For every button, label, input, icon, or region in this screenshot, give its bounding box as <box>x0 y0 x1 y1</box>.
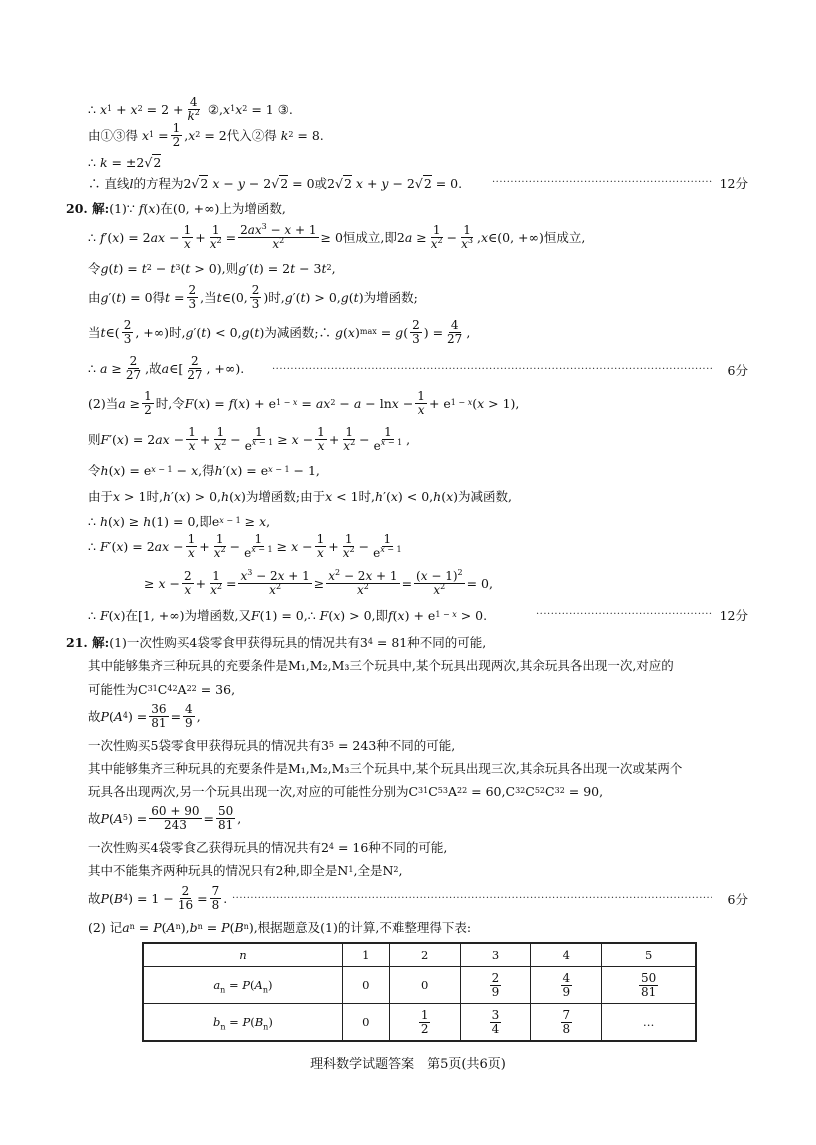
table-header-cell: 5 <box>602 943 696 967</box>
table-header-cell: 1 <box>342 943 389 967</box>
q20-p1-line-3: 令g(t) = t2 − t3(t > 0),则g′(t) = 2t − 3t2… <box>88 259 336 277</box>
q21-line-7: 玩具各出现两次,另一个玩具出现一次,对应的可能性分别为C31C53A22 = 6… <box>88 782 603 800</box>
q19-line-4: ∴ 直线l的方程为2√2 x − y − 2√2 = 0或2√2 x + y −… <box>88 174 462 192</box>
q21-line-6: 其中能够集齐三种玩具的充要条件是M₁,M₂,M₃三个玩具中,某个玩具出现三次,其… <box>88 759 682 777</box>
q20-p1-line-6: ∴ a ≥227,故a∈[227, +∞). <box>88 355 244 381</box>
leader-dots: ········································… <box>232 893 712 904</box>
q20-p2-line-6: ∴ F′(x) = 2ax −1x+1x2−1ex − 1≥ x −1x+1x2… <box>88 533 406 559</box>
table-header-row: n 1 2 3 4 5 <box>143 943 696 967</box>
question-number: 21. 解: <box>66 633 109 651</box>
table-cell: 29 <box>460 967 531 1004</box>
q21-line-11: 故P(B4) = 1 −216=78. <box>88 885 227 911</box>
question-number: 20. 解: <box>66 199 109 217</box>
q21-line-2: 其中能够集齐三种玩具的充要条件是M₁,M₂,M₃三个玩具中,某个玩具出现两次,其… <box>88 656 674 674</box>
q19-line-1: ∴ x1 + x2 = 2 +4k2 ②,x1x2 = 1 ③. <box>88 96 293 122</box>
q21-line-4: 故P(A4) =3681=49, <box>88 703 201 729</box>
q21-line-12: (2) 记an = P(An),bn = P(Bn),根据题意及(1)的计算,不… <box>88 918 471 936</box>
q21-line-10: 其中不能集齐两种玩具的情况只有2种,即全是N1,全是N2, <box>88 861 402 879</box>
probability-table: n 1 2 3 4 5 an = P(An) 0 0 29 49 5081 bn… <box>142 942 697 1042</box>
leader-dots: ········································… <box>492 177 712 188</box>
q21-line-9: 一次性购买4袋零食乙获得玩具的情况共有24 = 16种不同的可能, <box>88 838 447 856</box>
table-header-cell: 3 <box>460 943 531 967</box>
leader-dots: ········································… <box>536 609 712 620</box>
q20-p1-line-4: 由g′(t) = 0得t =23,当t∈(0,23)时,g′(t) > 0,g(… <box>88 284 418 310</box>
table-cell: 0 <box>389 967 460 1004</box>
table-cell: 49 <box>531 967 602 1004</box>
score-label: 12分 <box>720 606 748 624</box>
table-header-cell: n <box>143 943 342 967</box>
table-header-cell: 4 <box>531 943 602 967</box>
table-cell: 34 <box>460 1004 531 1042</box>
table-header-cell: 2 <box>389 943 460 967</box>
q21-line-1: 21. 解:(1)一次性购买4袋零食甲获得玩具的情况共有34 = 81种不同的可… <box>66 633 486 651</box>
q21-line-8: 故P(A5) =60 + 90243=5081, <box>88 805 241 831</box>
q19-line-3: ∴ k = ±2√2 <box>88 154 161 170</box>
page-footer: 理科数学试题答案 第5页(共6页) <box>0 1053 816 1072</box>
q20-p1-line-1: 20. 解:(1)∵ f(x)在(0, +∞)上为增函数, <box>66 199 286 217</box>
table-cell: 0 <box>342 967 389 1004</box>
score-label: 6分 <box>728 890 748 908</box>
table-cell: 5081 <box>602 967 696 1004</box>
table-row: an = P(An) 0 0 29 49 5081 <box>143 967 696 1004</box>
q20-p2-line-3: 令h(x) = ex − 1 − x,得h′(x) = ex − 1 − 1, <box>88 461 320 479</box>
q20-p2-line-7: ≥ x −2x+1x2=x3 − 2x + 1x2≥x2 − 2x + 1x2=… <box>144 570 493 596</box>
score-label: 12分 <box>720 174 748 192</box>
q20-p2-line-1: (2)当a ≥12时,令F(x) = f(x) + e1 − x = ax2 −… <box>88 390 519 416</box>
q21-line-5: 一次性购买5袋零食甲获得玩具的情况共有35 = 243种不同的可能, <box>88 736 455 754</box>
score-label: 6分 <box>728 361 748 379</box>
table-cell: 12 <box>389 1004 460 1042</box>
table-cell: 0 <box>342 1004 389 1042</box>
q20-p1-line-5: 当t∈(23, +∞)时,g′(t) < 0,g(t)为减函数;∴ g(x)ma… <box>88 319 470 345</box>
table-cell: 78 <box>531 1004 602 1042</box>
q20-p2-line-2: 则F′(x) = 2ax −1x+1x2−1ex − 1≥ x −1x+1x2−… <box>88 426 410 452</box>
q19-line-2: 由①③得 x1 =12,x2 = 2代入②得 k2 = 8. <box>88 122 324 148</box>
q20-p2-line-5: ∴ h(x) ≥ h(1) = 0,即ex − 1 ≥ x, <box>88 512 270 530</box>
row-label: bn = P(Bn) <box>143 1004 342 1042</box>
q20-p1-line-2: ∴ f′(x) = 2ax −1x+1x2=2ax3 − x + 1x2≥ 0恒… <box>88 224 585 250</box>
table-row: bn = P(Bn) 0 12 34 78 … <box>143 1004 696 1042</box>
q20-p2-line-8: ∴ F(x)在[1, +∞)为增函数,又F(1) = 0,∴ F(x) > 0,… <box>88 606 487 624</box>
leader-dots: ········································… <box>272 364 712 375</box>
q20-p2-line-4: 由于x > 1时,h′(x) > 0,h(x)为增函数;由于x < 1时,h′(… <box>88 487 512 505</box>
row-label: an = P(An) <box>143 967 342 1004</box>
table-cell: … <box>602 1004 696 1042</box>
q21-line-3: 可能性为C31C42A22 = 36, <box>88 680 235 698</box>
